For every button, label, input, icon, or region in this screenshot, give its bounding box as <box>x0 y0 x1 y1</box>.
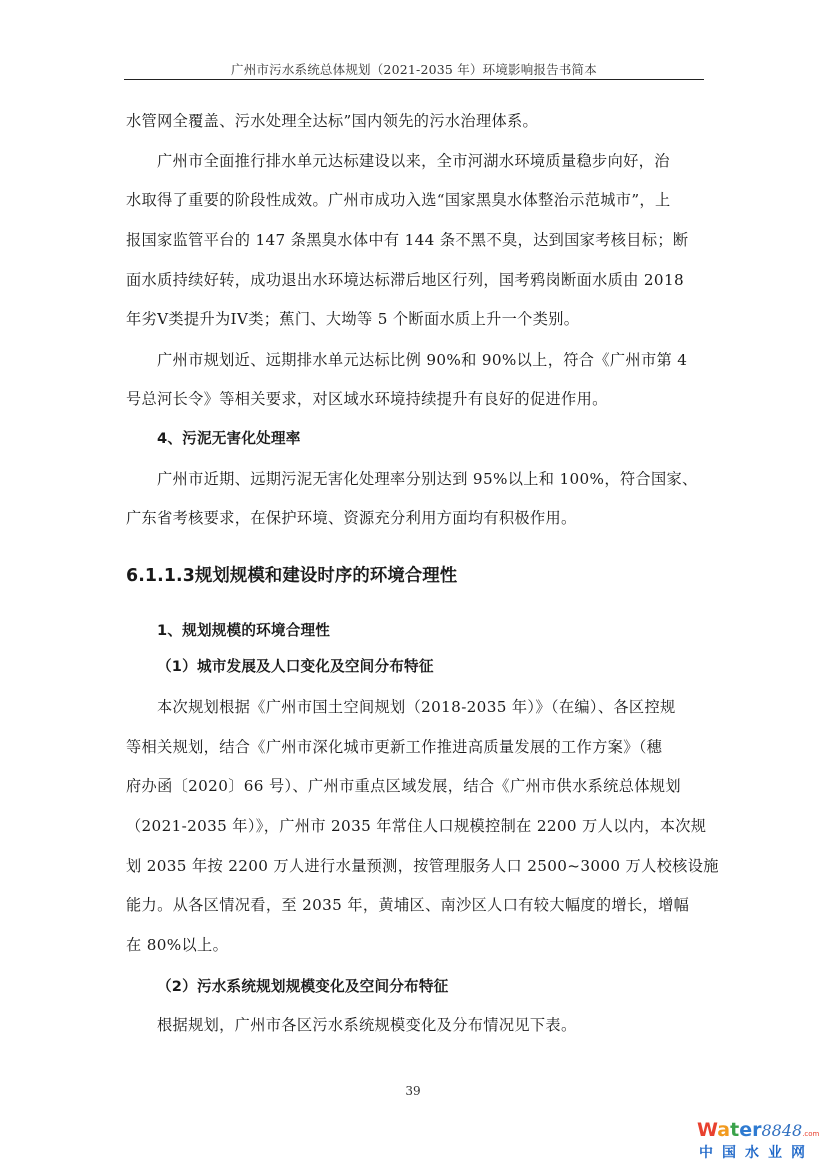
body-line: 年劣V类提升为IV类；蕉门、大坳等 5 个断面水质上升一个类别。 <box>126 309 704 329</box>
watermark-number: 8848 <box>761 1121 802 1140</box>
heading-sludge-treatment: 4、污泥无害化处理率 <box>157 429 704 449</box>
body-line: 本次规划根据《广州市国土空间规划（2018-2035 年）》（在编）、各区控规 <box>157 697 704 717</box>
body-line: 号总河长令》等相关要求，对区域水环境持续提升有良好的促进作用。 <box>126 389 704 409</box>
body-line: 广州市规划近、远期排水单元达标比例 90%和 90%以上，符合《广州市第 4 <box>157 350 704 370</box>
body-line: 划 2035 年按 2200 万人进行水量预测，按管理服务人口 2500~300… <box>126 856 704 876</box>
body-line: 在 80%以上。 <box>126 935 704 955</box>
subheading-urban-population: （1）城市发展及人口变化及空间分布特征 <box>157 657 735 677</box>
watermark-cn: 中国水业网 <box>699 1144 823 1162</box>
page-header-title: 广州市污水系统总体规划（2021-2035 年）环境影响报告书简本 <box>124 60 704 78</box>
body-line: 广州市全面推行排水单元达标建设以来，全市河湖水环境质量稳步向好，治 <box>157 151 704 171</box>
watermark-letter: W <box>697 1119 717 1141</box>
body-line: （2021-2035 年）》，广州市 2035 年常住人口规模控制在 2200 … <box>126 816 704 836</box>
heading-planning-scale: 1、规划规模的环境合理性 <box>157 621 704 641</box>
body-line: 等相关规划，结合《广州市深化城市更新工作推进高质量发展的工作方案》（穗 <box>126 737 704 757</box>
subheading-sewage-system-scale: （2）污水系统规划规模变化及空间分布特征 <box>157 977 735 997</box>
body-line: 广州市近期、远期污泥无害化处理率分别达到 95%以上和 100%，符合国家、 <box>157 469 704 489</box>
watermark-suffix: .com <box>802 1130 819 1138</box>
watermark-letter: a <box>717 1119 730 1141</box>
watermark-logo: Water8848.com 中国水业网 <box>697 1120 823 1166</box>
body-line: 面水质持续好转，成功退出水环境达标滞后地区行列，国考鸦岗断面水质由 2018 <box>126 270 704 290</box>
body-line: 报国家监管平台的 147 条黑臭水体中有 144 条不黑不臭，达到国家考核目标；… <box>126 230 704 250</box>
section-heading-6-1-1-3: 6.1.1.3规划规模和建设时序的环境合理性 <box>126 566 704 586</box>
body-line: 根据规划，广州市各区污水系统规模变化及分布情况见下表。 <box>157 1015 704 1035</box>
body-line: 水取得了重要的阶段性成效。广州市成功入选“国家黑臭水体整治示范城市”，上 <box>126 190 704 210</box>
watermark-brand: Water8848.com <box>697 1120 823 1144</box>
body-line: 能力。从各区情况看，至 2035 年，黄埔区、南沙区人口有较大幅度的增长，增幅 <box>126 895 704 915</box>
page-number: 39 <box>380 1084 446 1098</box>
body-line: 水管网全覆盖、污水处理全达标”国内领先的污水治理体系。 <box>126 111 704 131</box>
watermark-letter: t <box>730 1119 739 1141</box>
body-line: 府办函〔2020〕66 号）、广州市重点区域发展，结合《广州市供水系统总体规划 <box>126 776 704 796</box>
header-divider <box>124 79 704 80</box>
watermark-letter: er <box>739 1119 761 1141</box>
body-line: 广东省考核要求，在保护环境、资源充分利用方面均有积极作用。 <box>126 508 704 528</box>
